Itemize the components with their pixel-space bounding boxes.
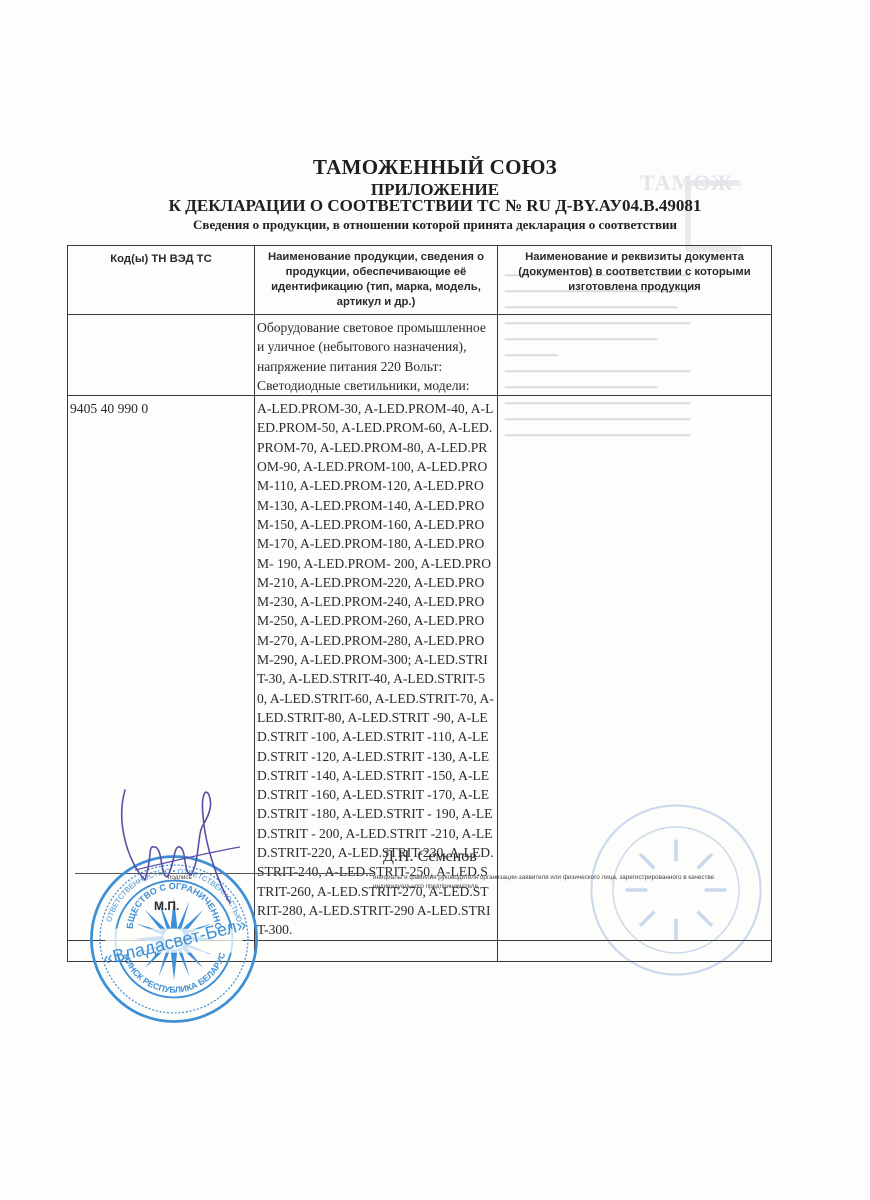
- cell-product: [255, 941, 497, 944]
- header-product-name: Наименование продукции, сведения о проду…: [255, 246, 498, 315]
- header-standard-document: Наименование и реквизиты документа (доку…: [498, 246, 772, 315]
- cell-document: [498, 315, 771, 318]
- signatory-caption: инициалы и фамилия руководителя организа…: [373, 874, 723, 891]
- document-subtitle: Сведения о продукции, в отношении которо…: [0, 217, 870, 233]
- cell-code: [68, 315, 254, 318]
- table-row: Оборудование световое промышленное и ули…: [68, 315, 772, 396]
- table-header-row: Код(ы) ТН ВЭД ТС Наименование продукции,…: [68, 246, 772, 315]
- union-title: ТАМОЖЕННЫЙ СОЮЗ: [0, 155, 870, 180]
- handwritten-signature-icon: [105, 785, 245, 910]
- cell-product: Оборудование световое промышленное и ули…: [255, 315, 497, 395]
- cell-document: [498, 396, 771, 399]
- signatory-name: Д.Н. Семенов: [383, 848, 477, 866]
- declaration-title: К ДЕКЛАРАЦИИ О СООТВЕТСТВИИ ТС № RU Д-BY…: [0, 196, 870, 216]
- header-tnved-code: Код(ы) ТН ВЭД ТС: [68, 246, 255, 315]
- cell-code: 9405 40 990 0: [68, 396, 254, 418]
